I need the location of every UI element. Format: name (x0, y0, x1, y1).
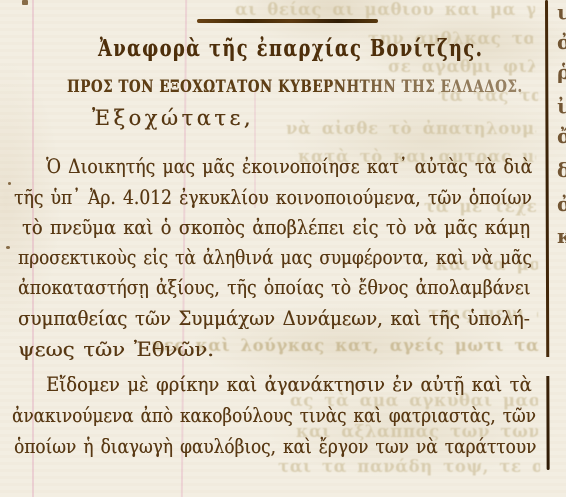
ink-speck (22, 0, 28, 5)
next-column-fragment: ἀ (557, 30, 566, 54)
next-column-fragment: ἄ (557, 124, 566, 148)
addressee-line: ΠΡΟΣ ΤΟΝ ΕΞΟΧΩΤΑΤΟΝ ΚΥΒΕΡΝΗΤΗΝ ΤΗΣ ΕΛΛΑΔ… (67, 77, 523, 97)
body-line: ἀνακινούμενα ἀπὸ κακοβούλους τινὰς καὶ φ… (12, 403, 536, 427)
body-line: ψεως τῶν Ἐθνῶν. (18, 337, 214, 361)
body-line: προσεκτικοὺς εἰς τὰ ἀληθινά μας συμφέρον… (18, 245, 532, 269)
body-line: Εἴδομεν μὲ φρίκην καὶ ἀγανάκτησιν ἐν αὐτ… (46, 372, 532, 396)
salutation: Ἐξοχώτατε, (92, 106, 254, 130)
next-column-fragment: ἰ (557, 94, 566, 118)
body-line: ἀποκαταστήσῃ ἀξίους, τῆς ὁποίας τὸ ἔθνος… (18, 275, 530, 299)
scanned-document-page: αι θείας αι μαθιου και μα γτ την αμθλκας… (0, 0, 566, 497)
body-line: τὸ πνεῦμα καὶ ὁ σκοπὸς ἀποβλέπει εἰς τὸ … (22, 215, 530, 239)
ink-speck (8, 182, 11, 185)
body-line: ὁποίων ἡ διαγωγὴ φαυλόβιος, καὶ ἔργον τω… (14, 434, 536, 458)
next-column-fragment: ῥ (557, 60, 566, 84)
next-column-fragment: δ (557, 158, 566, 182)
body-line: Ὁ Διοικητής μας μᾶς ἐκοινοποίησε κατ᾽ αὐ… (46, 154, 532, 178)
next-column-fragment: ι (557, 0, 566, 24)
body-line: τῆς ὑπ᾽ Ἀρ. 4.012 ἐγκυκλίου κοινοποιούμε… (14, 185, 532, 209)
column-rule (545, 0, 550, 470)
bleedthrough-text: ται τα πανάδη τοψ, τε αρ λαγν α (278, 457, 540, 479)
ink-speck (6, 246, 10, 249)
next-column-fragment: ἀ (557, 192, 566, 216)
next-column-fragment: κ (557, 224, 566, 248)
body-line: συμπαθείας τῶν Συμμάχων Δυνάμεων, καὶ τῆ… (18, 306, 530, 330)
masthead-rule (197, 19, 378, 23)
bleedthrough-text: νὰ αἰσθε τὸ ἀπατηλουμεν καὶ (286, 119, 536, 141)
article-title: Ἀναφορὰ τῆς ἐπαρχίας Βονίτζης. (98, 35, 483, 62)
